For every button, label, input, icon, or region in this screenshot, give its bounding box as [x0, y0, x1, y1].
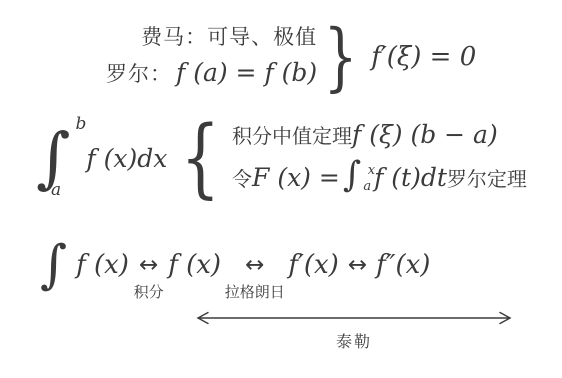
- rolle-theorem-label: 罗尔定理: [447, 159, 527, 200]
- mean-value-formula: f (ξ) (b − a): [352, 114, 498, 155]
- left-right-arrow-icon: ↔: [245, 252, 264, 278]
- theorem-premises: 费马：可导、极值 罗尔： f (a) = f (b): [106, 21, 317, 93]
- rolle-condition-formula: f (a) = f (b): [176, 54, 317, 92]
- antiderivative-term: f (x): [76, 250, 129, 280]
- inline-integral-lower-limit: a: [363, 166, 371, 207]
- left-right-arrow-icon: ↔: [348, 252, 367, 278]
- integral-lower-limit: a: [51, 180, 61, 200]
- fermat-rolle-block: 费马：可导、极值 罗尔： f (a) = f (b) } f′(ξ) = 0: [106, 20, 476, 94]
- lagrange-label: 拉格朗日: [225, 281, 285, 302]
- inline-integral: ∫ x a: [340, 158, 374, 202]
- case-list: 积分中值定理 f (ξ) (b − a) 令 F (x) = ∫ x a f (…: [232, 114, 527, 202]
- integrand-formula: f (x)dx: [86, 144, 167, 173]
- mean-value-theorem-label: 积分中值定理: [232, 116, 352, 157]
- left-right-arrow-icon: ↔: [139, 252, 158, 278]
- integral-cases-block: ∫ b a f (x)dx { 积分中值定理 f (ξ) (b − a) 令 F…: [36, 114, 527, 202]
- rolle-label: 罗尔：: [106, 55, 172, 93]
- opening-brace: {: [181, 115, 220, 201]
- lagrange-relation: ↔ 拉格朗日: [245, 252, 264, 278]
- let-label: 令: [232, 159, 252, 200]
- integral-sign: ∫: [40, 234, 67, 296]
- math-notes-page: 费马：可导、极值 罗尔： f (a) = f (b) } f′(ξ) = 0 ∫…: [0, 0, 562, 378]
- inline-integral-sign: ∫: [343, 155, 361, 195]
- closing-brace: }: [324, 20, 358, 94]
- relation-chain-block: ∫ f (x) ↔ 积分 f (x) ↔ 拉格朗日 f′(x) ↔ f″(x): [40, 234, 430, 296]
- rolle-premise-line: 罗尔： f (a) = f (b): [106, 54, 317, 93]
- antiderivative-formula-left: F (x) =: [252, 157, 340, 198]
- second-derivative-term: f″(x): [376, 250, 430, 280]
- definite-integral: ∫ b a: [36, 115, 86, 201]
- antiderivative-formula-right: f (t)dt: [374, 157, 447, 198]
- function-term: f (x): [168, 250, 221, 280]
- integration-relation: ↔ 积分: [139, 252, 158, 278]
- fermat-premise-text: 费马：可导、极值: [141, 21, 317, 54]
- integral-upper-limit: b: [76, 114, 87, 134]
- double-arrow-icon: [194, 309, 514, 327]
- case-rolle-construction: 令 F (x) = ∫ x a f (t)dt 罗尔定理: [232, 157, 527, 202]
- case-mean-value: 积分中值定理 f (ξ) (b − a): [232, 114, 527, 157]
- integration-label: 积分: [134, 281, 164, 302]
- conclusion-formula: f′(ξ) = 0: [371, 42, 476, 72]
- taylor-label: 泰勒: [194, 329, 514, 352]
- first-derivative-term: f′(x): [288, 250, 338, 280]
